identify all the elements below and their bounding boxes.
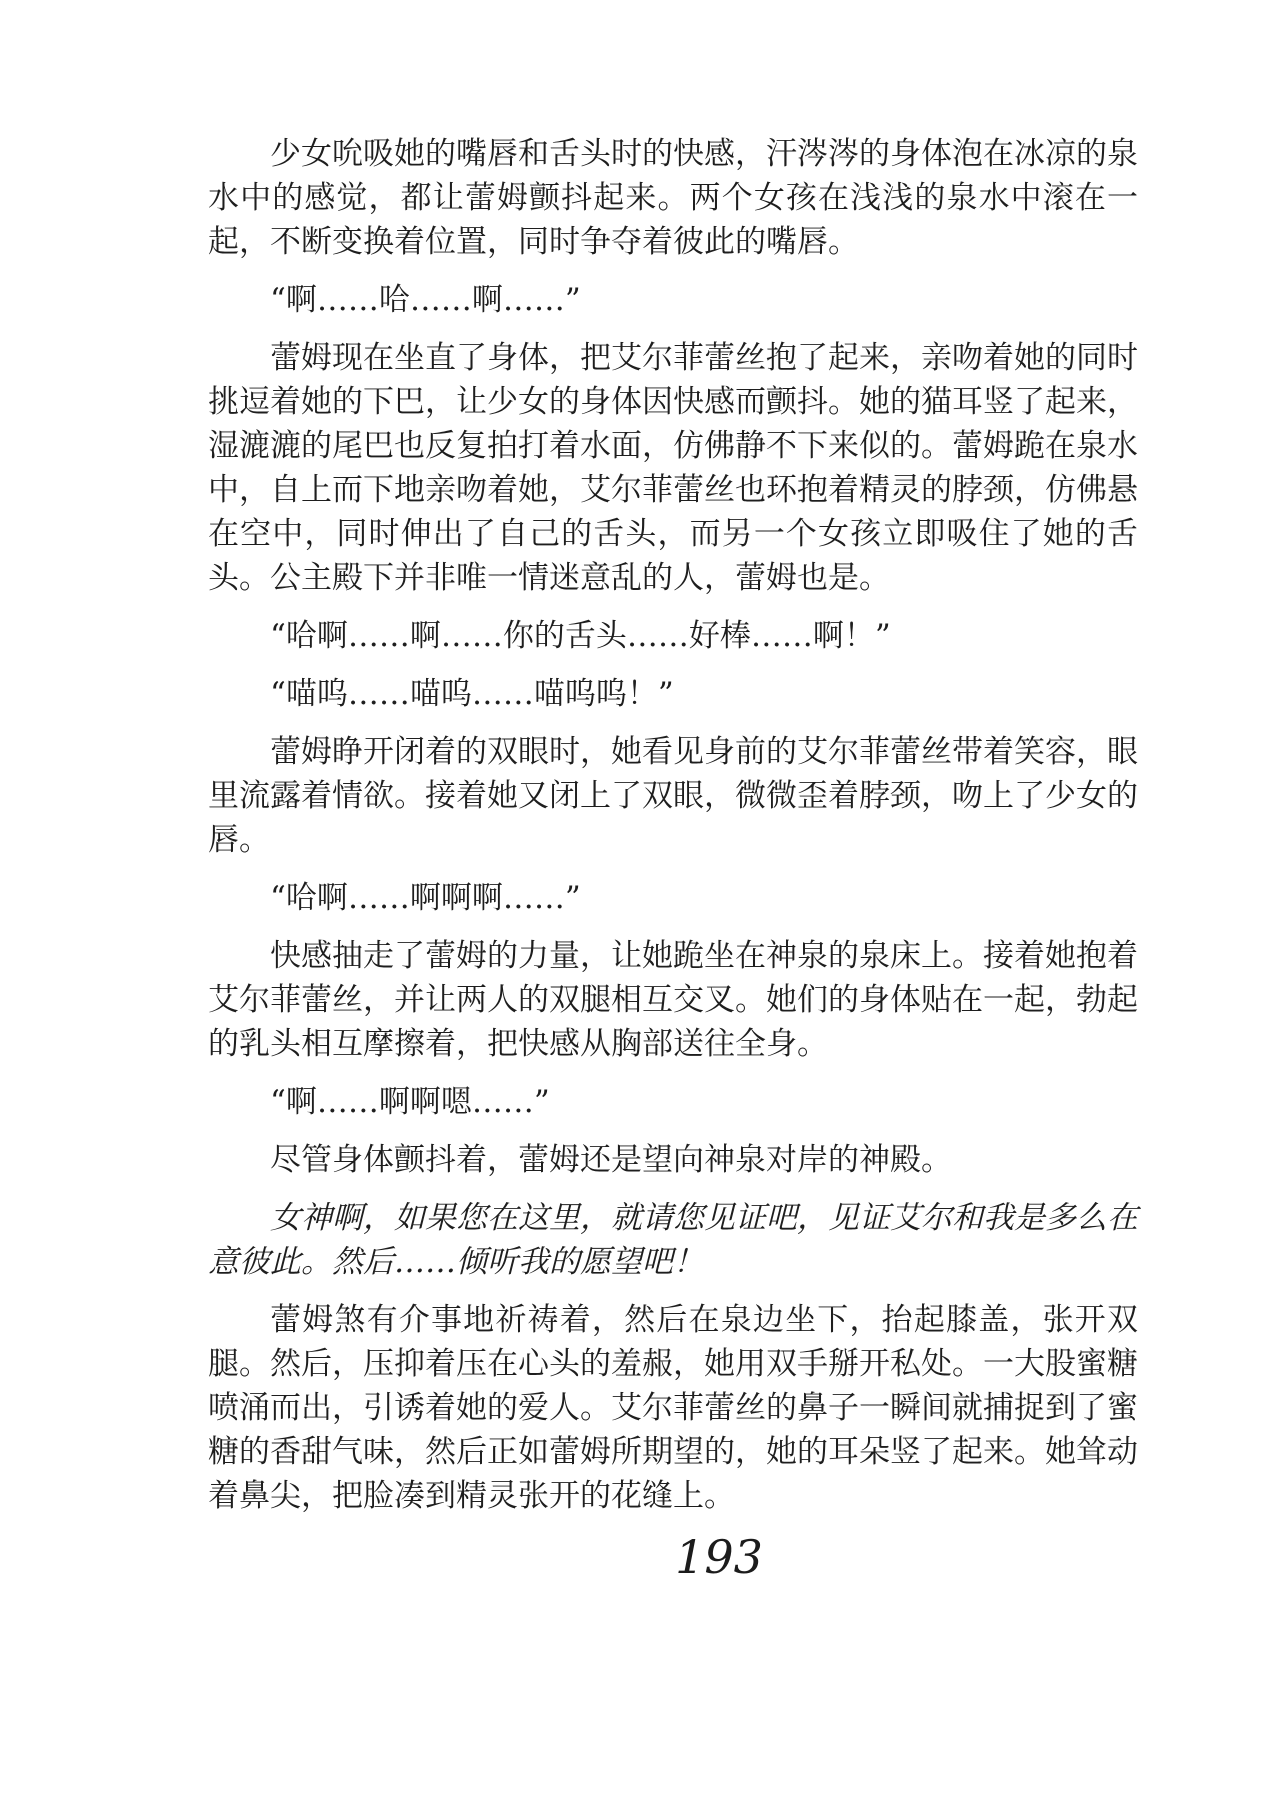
inner-monologue: 女神啊，如果您在这里，就请您见证吧，见证艾尔和我是多么在意彼此。然后……倾听我的…	[208, 1196, 1138, 1284]
dialogue-line: “喵呜……喵呜……喵呜呜！”	[208, 672, 1138, 716]
paragraph: 蕾姆现在坐直了身体，把艾尔菲蕾丝抱了起来，亲吻着她的同时挑逗着她的下巴，让少女的…	[208, 336, 1138, 600]
dialogue-line: “啊……哈……啊……”	[208, 278, 1138, 322]
paragraph: 蕾姆煞有介事地祈祷着，然后在泉边坐下，抬起膝盖，张开双腿。然后，压抑着压在心头的…	[208, 1298, 1138, 1518]
dialogue-line: “哈啊……啊啊啊……”	[208, 876, 1138, 920]
paragraph: 少女吮吸她的嘴唇和舌头时的快感，汗涔涔的身体泡在冰凉的泉水中的感觉，都让蕾姆颤抖…	[208, 132, 1138, 264]
page-text-column: 少女吮吸她的嘴唇和舌头时的快感，汗涔涔的身体泡在冰凉的泉水中的感觉，都让蕾姆颤抖…	[208, 132, 1138, 1596]
dialogue-line: “哈啊……啊……你的舌头……好棒……啊！”	[208, 614, 1138, 658]
page-number: 193	[208, 1532, 1138, 1582]
paragraph: 蕾姆睁开闭着的双眼时，她看见身前的艾尔菲蕾丝带着笑容，眼里流露着情欲。接着她又闭…	[208, 730, 1138, 862]
dialogue-line: “啊……啊啊嗯……”	[208, 1080, 1138, 1124]
paragraph: 尽管身体颤抖着，蕾姆还是望向神泉对岸的神殿。	[208, 1138, 1138, 1182]
paragraph: 快感抽走了蕾姆的力量，让她跪坐在神泉的泉床上。接着她抱着艾尔菲蕾丝，并让两人的双…	[208, 934, 1138, 1066]
book-page: 少女吮吸她的嘴唇和舌头时的快感，汗涔涔的身体泡在冰凉的泉水中的感觉，都让蕾姆颤抖…	[0, 0, 1280, 1816]
